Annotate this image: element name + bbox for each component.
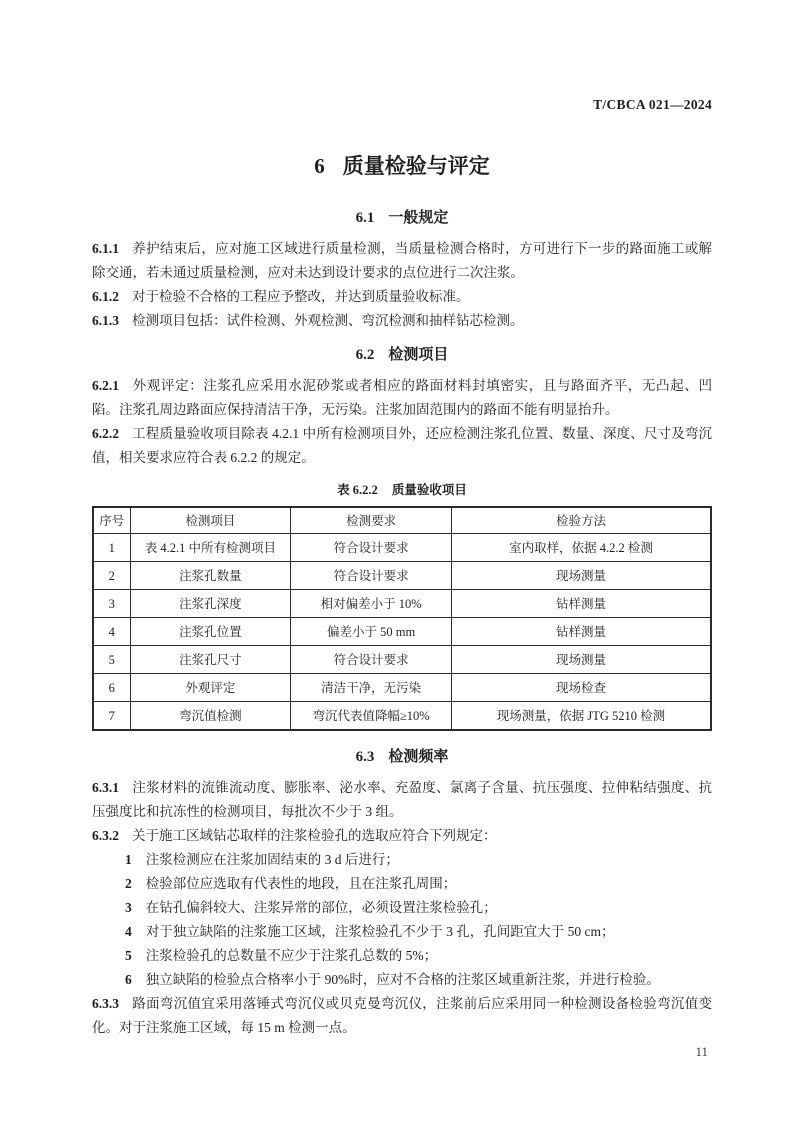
cell-method: 现场测量 (451, 646, 711, 674)
cell-item: 注浆孔尺寸 (130, 646, 291, 674)
list-item-text: 独立缺陷的检验点合格率小于 90%时，应对不合格的注浆区域重新注浆，并进行检验。 (146, 972, 660, 987)
clause-6-3-2: 6.3.2关于施工区域钻芯取样的注浆检验孔的选取应符合下列规定： (92, 824, 712, 848)
section-title: 检测频率 (388, 749, 448, 765)
clause-text: 关于施工区域钻芯取样的注浆检验孔的选取应符合下列规定： (132, 828, 497, 843)
list-item: 6独立缺陷的检验点合格率小于 90%时，应对不合格的注浆区域重新注浆，并进行检验… (125, 968, 712, 992)
cell-item: 注浆孔位置 (130, 618, 291, 646)
table-row: 7 弯沉值检测 弯沉代表值降幅≥10% 现场测量，依据 JTG 5210 检测 (93, 702, 711, 731)
clause-text: 检测项目包括：试件检测、外观检测、弯沉检测和抽样钻芯检测。 (132, 313, 524, 328)
list-item: 4对于独立缺陷的注浆施工区域，注浆检验孔不少于 3 孔，孔间距宜大于 50 cm… (125, 920, 712, 944)
clause-6-3-2-list: 1注浆检测应在注浆加固结束的 3 d 后进行； 2检验部位应选取有代表性的地段，… (92, 848, 712, 992)
cell-item: 弯沉值检测 (130, 702, 291, 731)
cell-method: 钻样测量 (451, 590, 711, 618)
clause-number: 6.3.2 (92, 828, 119, 843)
cell-requirement: 偏差小于 50 mm (291, 618, 452, 646)
table-row: 5 注浆孔尺寸 符合设计要求 现场测量 (93, 646, 711, 674)
page-number: 11 (695, 1044, 708, 1060)
table-row: 4 注浆孔位置 偏差小于 50 mm 钻样测量 (93, 618, 711, 646)
cell-method: 室内取样，依据 4.2.2 检测 (451, 534, 711, 562)
clause-6-1-1: 6.1.1养护结束后，应对施工区域进行质量检测，当质量检测合格时，方可进行下一步… (92, 237, 712, 285)
chapter-title: 6质量检验与评定 (92, 152, 712, 180)
clause-text: 注浆材料的流锥流动度、膨胀率、泌水率、充盈度、氯离子含量、抗压强度、拉伸粘结强度… (92, 780, 712, 819)
cell-method: 现场测量，依据 JTG 5210 检测 (451, 702, 711, 731)
list-item-text: 注浆检验孔的总数量不应少于注浆孔总数的 5%； (146, 948, 437, 963)
cell-requirement: 符合设计要求 (291, 646, 452, 674)
list-item: 2检验部位应选取有代表性的地段，且在注浆孔周围； (125, 872, 712, 896)
clause-text: 养护结束后，应对施工区域进行质量检测，当质量检测合格时，方可进行下一步的路面施工… (92, 241, 712, 280)
clause-text: 对于检验不合格的工程应予整改，并达到质量验收标准。 (132, 289, 470, 304)
table-caption-label: 表 6.2.2 (337, 483, 378, 497)
cell-requirement: 清洁干净，无污染 (291, 674, 452, 702)
cell-no: 7 (93, 702, 130, 731)
cell-item: 外观评定 (130, 674, 291, 702)
list-item-number: 2 (125, 876, 132, 891)
list-item: 3在钻孔偏斜较大、注浆异常的部位，必须设置注浆检验孔； (125, 896, 712, 920)
list-item-text: 注浆检测应在注浆加固结束的 3 d 后进行； (146, 852, 399, 867)
list-item-number: 1 (125, 852, 132, 867)
document-page: T/CBCA 021—2024 6质量检验与评定 6.1一般规定 6.1.1养护… (0, 0, 800, 1130)
list-item-number: 3 (125, 900, 132, 915)
cell-item: 表 4.2.1 中所有检测项目 (130, 534, 291, 562)
cell-requirement: 相对偏差小于 10% (291, 590, 452, 618)
cell-no: 3 (93, 590, 130, 618)
list-item-number: 5 (125, 948, 132, 963)
chapter-number: 6 (314, 154, 325, 178)
clause-group-6-1: 6.1.1养护结束后，应对施工区域进行质量检测，当质量检测合格时，方可进行下一步… (92, 237, 712, 333)
clause-number: 6.2.2 (92, 426, 119, 441)
table-header-row: 序号 检测项目 检测要求 检验方法 (93, 507, 711, 534)
cell-requirement: 符合设计要求 (291, 562, 452, 590)
clause-text: 外观评定：注浆孔应采用水泥砂浆或者相应的路面材料封填密实，且与路面齐平，无凸起、… (92, 378, 712, 417)
clause-6-3-1: 6.3.1注浆材料的流锥流动度、膨胀率、泌水率、充盈度、氯离子含量、抗压强度、拉… (92, 776, 712, 824)
cell-method: 现场测量 (451, 562, 711, 590)
list-item-number: 6 (125, 972, 132, 987)
table-row: 2 注浆孔数量 符合设计要求 现场测量 (93, 562, 711, 590)
cell-requirement: 符合设计要求 (291, 534, 452, 562)
clause-group-6-3: 6.3.1注浆材料的流锥流动度、膨胀率、泌水率、充盈度、氯离子含量、抗压强度、拉… (92, 776, 712, 1040)
section-number: 6.2 (356, 347, 375, 363)
cell-no: 5 (93, 646, 130, 674)
quality-acceptance-table: 序号 检测项目 检测要求 检验方法 1 表 4.2.1 中所有检测项目 符合设计… (92, 506, 712, 731)
header-no: 序号 (93, 507, 130, 534)
cell-item: 注浆孔数量 (130, 562, 291, 590)
list-item-text: 对于独立缺陷的注浆施工区域，注浆检验孔不少于 3 孔，孔间距宜大于 50 cm； (146, 924, 615, 939)
clause-text: 工程质量验收项目除表 4.2.1 中所有检测项目外，还应检测注浆孔位置、数量、深… (92, 426, 712, 465)
list-item-number: 4 (125, 924, 132, 939)
header-method: 检验方法 (451, 507, 711, 534)
cell-no: 4 (93, 618, 130, 646)
clause-6-1-3: 6.1.3检测项目包括：试件检测、外观检测、弯沉检测和抽样钻芯检测。 (92, 309, 712, 333)
table-row: 6 外观评定 清洁干净，无污染 现场检查 (93, 674, 711, 702)
chapter-title-text: 质量检验与评定 (343, 154, 490, 178)
clause-6-3-3: 6.3.3路面弯沉值宜采用落锤式弯沉仪或贝克曼弯沉仪，注浆前后应采用同一种检测设… (92, 992, 712, 1040)
cell-requirement: 弯沉代表值降幅≥10% (291, 702, 452, 731)
clause-6-2-2: 6.2.2工程质量验收项目除表 4.2.1 中所有检测项目外，还应检测注浆孔位置… (92, 422, 712, 470)
clause-text: 路面弯沉值宜采用落锤式弯沉仪或贝克曼弯沉仪，注浆前后应采用同一种检测设备检验弯沉… (92, 996, 712, 1035)
list-item-text: 检验部位应选取有代表性的地段，且在注浆孔周围； (146, 876, 457, 891)
section-heading-6-2: 6.2检测项目 (92, 345, 712, 365)
cell-item: 注浆孔深度 (130, 590, 291, 618)
section-heading-6-1: 6.1一般规定 (92, 208, 712, 228)
clause-number: 6.3.3 (92, 996, 119, 1011)
header-requirement: 检测要求 (291, 507, 452, 534)
clause-group-6-2: 6.2.1外观评定：注浆孔应采用水泥砂浆或者相应的路面材料封填密实，且与路面齐平… (92, 374, 712, 470)
clause-6-1-2: 6.1.2对于检验不合格的工程应予整改，并达到质量验收标准。 (92, 285, 712, 309)
doc-code: T/CBCA 021—2024 (92, 96, 712, 114)
list-item: 5注浆检验孔的总数量不应少于注浆孔总数的 5%； (125, 944, 712, 968)
table-row: 1 表 4.2.1 中所有检测项目 符合设计要求 室内取样，依据 4.2.2 检… (93, 534, 711, 562)
cell-method: 钻样测量 (451, 618, 711, 646)
cell-method: 现场检查 (451, 674, 711, 702)
section-heading-6-3: 6.3检测频率 (92, 747, 712, 767)
section-number: 6.3 (356, 749, 375, 765)
cell-no: 1 (93, 534, 130, 562)
list-item: 1注浆检测应在注浆加固结束的 3 d 后进行； (125, 848, 712, 872)
table-row: 3 注浆孔深度 相对偏差小于 10% 钻样测量 (93, 590, 711, 618)
clause-number: 6.1.3 (92, 313, 119, 328)
table-caption-title: 质量验收项目 (392, 483, 467, 497)
table-caption: 表 6.2.2质量验收项目 (92, 481, 712, 499)
section-title: 检测项目 (388, 347, 448, 363)
cell-no: 6 (93, 674, 130, 702)
clause-6-2-1: 6.2.1外观评定：注浆孔应采用水泥砂浆或者相应的路面材料封填密实，且与路面齐平… (92, 374, 712, 422)
header-item: 检测项目 (130, 507, 291, 534)
section-title: 一般规定 (388, 210, 448, 226)
clause-number: 6.1.1 (92, 241, 119, 256)
clause-number: 6.3.1 (92, 780, 119, 795)
list-item-text: 在钻孔偏斜较大、注浆异常的部位，必须设置注浆检验孔； (146, 900, 497, 915)
clause-number: 6.1.2 (92, 289, 119, 304)
clause-number: 6.2.1 (92, 378, 119, 393)
section-number: 6.1 (356, 210, 375, 226)
cell-no: 2 (93, 562, 130, 590)
